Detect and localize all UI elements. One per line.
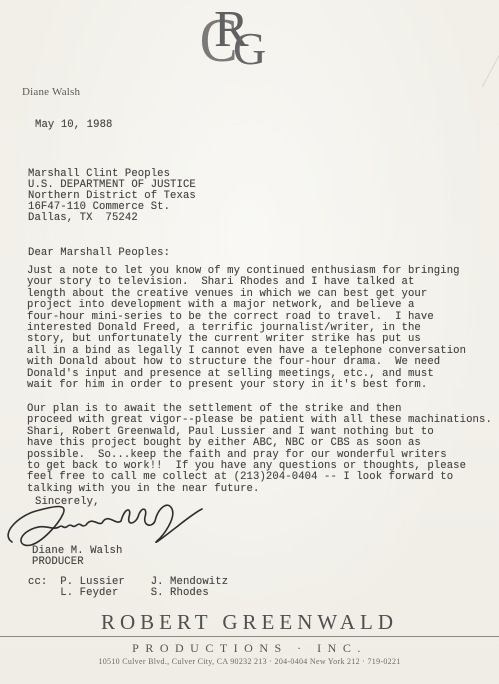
- scanned-letter-page: C R G Diane Walsh May 10, 1988 Marshall …: [0, 0, 499, 684]
- letter-date: May 10, 1988: [35, 120, 113, 131]
- rg-monogram-logo-icon: C R G: [196, 2, 286, 84]
- monogram-letter-g: G: [233, 22, 266, 75]
- footer-company-subtitle: PRODUCTIONS · INC.: [0, 641, 499, 656]
- salutation: Dear Marshall Peoples:: [28, 248, 170, 259]
- letterhead-author-name: Diane Walsh: [22, 86, 80, 98]
- scan-artifact-line: [482, 41, 499, 87]
- cc-list: cc: P. Lussier J. Mendowitz L. Feyder S.…: [28, 577, 228, 600]
- body-paragraph-1: Just a note to let you know of my contin…: [27, 266, 466, 391]
- signer-name-title: Diane M. Walsh PRODUCER: [32, 546, 122, 569]
- recipient-address-block: Marshall Clint Peoples U.S. DEPARTMENT O…: [28, 169, 196, 224]
- footer-company-name: ROBERT GREENWALD: [0, 610, 499, 635]
- footer-divider: [0, 636, 499, 637]
- body-paragraph-2: Our plan is to await the settlement of t…: [27, 404, 492, 495]
- footer-address-line: 10510 Culver Blvd., Culver City, CA 9023…: [0, 657, 499, 666]
